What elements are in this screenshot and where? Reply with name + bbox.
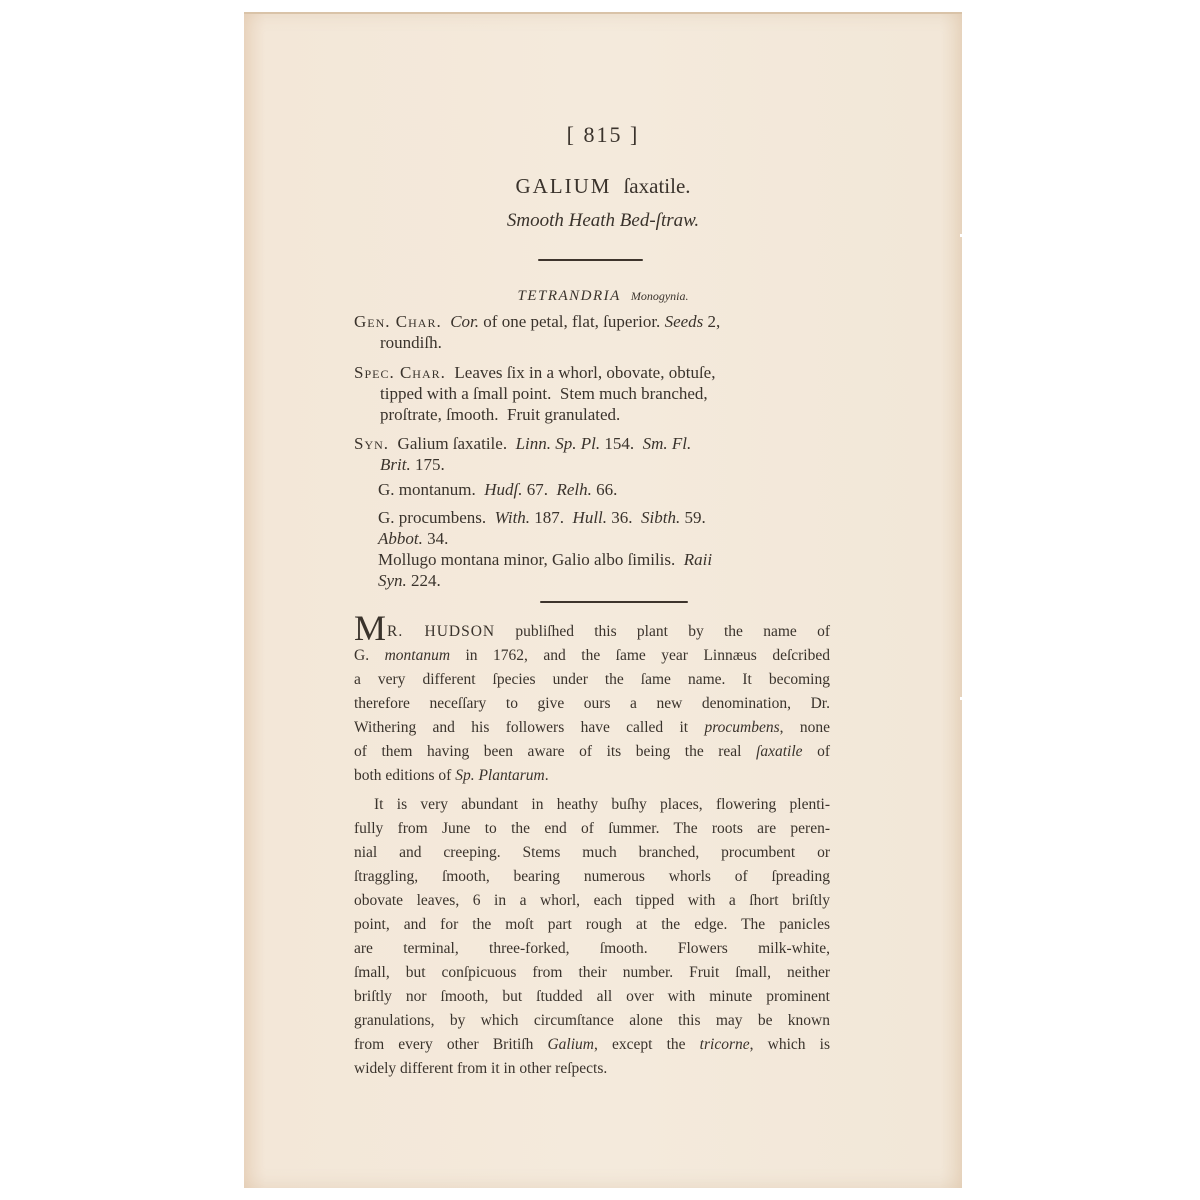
drop-cap: M bbox=[354, 608, 386, 648]
synonym-ref: Relh. bbox=[557, 480, 592, 499]
text-run: , none bbox=[780, 719, 830, 736]
spec-char-line: Leaves ſix in a whorl, obovate, obtuſe, bbox=[454, 363, 715, 382]
gen-char-continuation: roundiſh. bbox=[354, 332, 832, 353]
text-line: fully from June to the end of ſummer. Th… bbox=[354, 817, 830, 841]
synonym-page: 175. bbox=[411, 455, 445, 474]
seeds-value: 2, bbox=[703, 312, 720, 331]
seeds-label: Seeds bbox=[665, 312, 704, 331]
text-line: both editions of Sp. Plantarum. bbox=[354, 764, 830, 788]
text-line: It is very abundant in heathy buſhy plac… bbox=[354, 793, 830, 817]
paragraph-1: MR. HUDSON publiſhed this plant by the n… bbox=[354, 616, 830, 788]
spec-char-label: Spec. Char. bbox=[354, 363, 446, 382]
page-edge-nick bbox=[960, 697, 966, 700]
synonym-page: 67. bbox=[523, 480, 557, 499]
italic-term: montanum bbox=[385, 647, 450, 664]
synonym-entry: G. montanum. Hudſ. 67. Relh. 66. bbox=[378, 479, 834, 500]
plant-title: GALIUMſaxatile. bbox=[244, 174, 962, 199]
page-edge-nick bbox=[960, 234, 966, 237]
text-line: nial and creeping. Stems much branched, … bbox=[354, 841, 830, 865]
lead-words: R. HUDSON bbox=[387, 623, 495, 640]
text-line: Withering and his followers have called … bbox=[354, 716, 830, 740]
synonym-page: 66. bbox=[592, 480, 618, 499]
page-edge bbox=[244, 12, 962, 14]
text-run: from every other Britiſh bbox=[354, 1036, 547, 1053]
italic-term: procumbens bbox=[704, 719, 779, 736]
synonym-ref: Abbot. bbox=[378, 529, 423, 548]
book-page: [ 815 ] GALIUMſaxatile. Smooth Heath Bed… bbox=[244, 12, 962, 1188]
text-run: Withering and his followers have called … bbox=[354, 719, 704, 736]
synonym-ref: Hudſ. bbox=[484, 480, 522, 499]
synonym-ref: Sm. Fl. bbox=[643, 434, 692, 453]
italic-term: ſaxatile bbox=[756, 743, 803, 760]
text-line: from every other Britiſh Galium, except … bbox=[354, 1033, 830, 1057]
text-run: G. bbox=[354, 647, 385, 664]
text-line: widely different from it in other reſpec… bbox=[354, 1057, 830, 1081]
text-line: therefore neceſſary to give ours a new d… bbox=[354, 692, 830, 716]
synonym-ref: Syn. bbox=[378, 571, 407, 590]
text-line: a very different ſpecies under the ſame … bbox=[354, 668, 830, 692]
generic-character: Gen. Char. Cor. of one petal, flat, ſupe… bbox=[354, 311, 832, 353]
italic-term: Galium bbox=[547, 1036, 594, 1053]
spec-char-line: tipped with a ſmall point. Stem much bra… bbox=[354, 383, 832, 404]
synonym-page: 154. bbox=[600, 434, 643, 453]
text-line: are terminal, three-forked, ſmooth. Flow… bbox=[354, 937, 830, 961]
text-run: of bbox=[803, 743, 830, 760]
synonym-entry: Mollugo montana minor, Galio albo ſimili… bbox=[378, 549, 834, 591]
text-line: obovate leaves, 6 in a whorl, each tippe… bbox=[354, 889, 830, 913]
text-line: of them having been aware of its being t… bbox=[354, 740, 830, 764]
species-name: ſaxatile. bbox=[623, 174, 690, 198]
order-name: Monogynia. bbox=[631, 289, 689, 303]
synonym-page: 187. bbox=[530, 508, 573, 527]
page-number: [ 815 ] bbox=[244, 122, 962, 148]
text-line: briſtly nor ſmooth, but ſtudded all over… bbox=[354, 985, 830, 1009]
synonym-page: 59. bbox=[680, 508, 706, 527]
synonym-name: Galium ſaxatile. bbox=[398, 434, 508, 453]
text-line: ſtraggling, ſmooth, bearing numerous who… bbox=[354, 865, 830, 889]
text-line: G. montanum in 1762, and the ſame year L… bbox=[354, 644, 830, 668]
synonym-ref: Raii bbox=[684, 550, 712, 569]
synonym-name: G. montanum. bbox=[378, 480, 476, 499]
text-run: , which is bbox=[750, 1036, 830, 1053]
synonym-ref: With. bbox=[495, 508, 530, 527]
spec-char-line: proſtrate, ſmooth. Fruit granulated. bbox=[354, 404, 832, 425]
synonym-page: 34. bbox=[423, 529, 449, 548]
common-name: Smooth Heath Bed-ſtraw. bbox=[244, 210, 962, 232]
italic-term: tricorne bbox=[700, 1036, 750, 1053]
synonyms: Syn. Galium ſaxatile. Linn. Sp. Pl. 154.… bbox=[354, 433, 832, 475]
synonym-entry: G. procumbens. With. 187. Hull. 36. Sibt… bbox=[378, 507, 834, 549]
synonym-ref: Hull. bbox=[573, 508, 607, 527]
text-run: of them having been aware of its being t… bbox=[354, 743, 756, 760]
text-line: ſmall, but conſpicuous from their number… bbox=[354, 961, 830, 985]
synonym-ref: Brit. bbox=[380, 455, 411, 474]
text-run: both editions of bbox=[354, 767, 455, 784]
synonym-ref: Sibth. bbox=[641, 508, 680, 527]
divider-rule bbox=[538, 259, 643, 261]
specific-character: Spec. Char. Leaves ſix in a whorl, obova… bbox=[354, 362, 832, 425]
genus-name: GALIUM bbox=[515, 174, 611, 198]
text-run: . bbox=[545, 767, 549, 784]
linnaean-classification: TETRANDRIAMonogynia. bbox=[244, 288, 962, 305]
synonym-page: 224. bbox=[407, 571, 441, 590]
gen-char-text: of one petal, flat, ſuperior. bbox=[479, 312, 665, 331]
synonym-name: G. procumbens. bbox=[378, 508, 486, 527]
italic-term: Sp. Plantarum bbox=[455, 767, 545, 784]
gen-char-label: Gen. Char. bbox=[354, 312, 442, 331]
synonym-ref: Linn. Sp. Pl. bbox=[516, 434, 601, 453]
paragraph-2: It is very abundant in heathy buſhy plac… bbox=[354, 793, 830, 1081]
text-line: publiſhed this plant by the name of bbox=[495, 623, 830, 640]
divider-rule bbox=[540, 601, 688, 603]
cor-label: Cor. bbox=[450, 312, 479, 331]
text-run: , except the bbox=[594, 1036, 700, 1053]
text-run: in 1762, and the ſame year Linnæus deſcr… bbox=[450, 647, 830, 664]
text-line: granulations, by which circumſtance alon… bbox=[354, 1009, 830, 1033]
synonym-page: 36. bbox=[607, 508, 641, 527]
synonym-name: Mollugo montana minor, Galio albo ſimili… bbox=[378, 550, 675, 569]
class-name: TETRANDRIA bbox=[518, 288, 621, 304]
syn-label: Syn. bbox=[354, 434, 389, 453]
text-line: point, and for the moſt part rough at th… bbox=[354, 913, 830, 937]
